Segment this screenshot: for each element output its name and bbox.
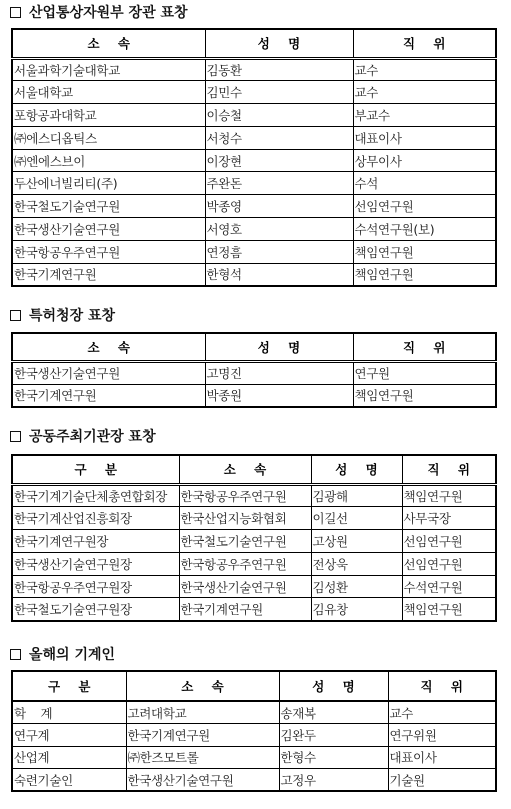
cell-position: 수석 xyxy=(353,172,496,195)
cell-name: 박종원 xyxy=(205,384,353,407)
checkbox-square-icon xyxy=(10,7,21,18)
cell-affiliation: 한국생산기술연구원 xyxy=(179,575,311,598)
cell-category: 학 계 xyxy=(12,701,126,724)
header-affiliation: 소 속 xyxy=(179,455,311,484)
cell-name: 이장현 xyxy=(205,149,353,172)
header-affiliation: 소 속 xyxy=(12,29,205,58)
table-row: 한국기계연구원장한국철도기술연구원고상원선임연구원 xyxy=(12,530,496,553)
cell-category: 한국기계연구원장 xyxy=(12,530,179,553)
cell-affiliation: 한국항공우주연구원 xyxy=(12,240,205,263)
header-name: 성 명 xyxy=(205,333,353,361)
header-affiliation: 소 속 xyxy=(12,333,205,361)
cell-category: 한국기계산업진흥회장 xyxy=(12,507,179,530)
header-name: 성 명 xyxy=(205,29,353,58)
cell-name: 전상욱 xyxy=(311,552,402,575)
cell-name: 김광해 xyxy=(311,484,402,507)
table-row: 한국철도기술연구원장한국기계연구원김유창책임연구원 xyxy=(12,598,496,621)
table-row: 한국생산기술연구원장한국항공우주연구원전상욱선임연구원 xyxy=(12,552,496,575)
cell-position: 연구원 xyxy=(353,361,496,384)
section-heading-mechanical-person-of-year: 올해의 기계인 xyxy=(10,645,115,665)
cell-name: 송재복 xyxy=(279,701,388,724)
cell-position: 수석연구원 xyxy=(402,575,496,598)
cell-affiliation: 고려대학교 xyxy=(126,701,279,724)
header-affiliation: 소 속 xyxy=(126,671,279,701)
cell-name: 주완돈 xyxy=(205,172,353,195)
cell-name: 김유창 xyxy=(311,598,402,621)
cell-affiliation: 한국철도기술연구원 xyxy=(12,195,205,218)
table-row: 한국철도기술연구원박종영선임연구원 xyxy=(12,195,496,218)
cell-name: 서영호 xyxy=(205,218,353,241)
cell-name: 한형수 xyxy=(279,746,388,769)
cell-name: 이승철 xyxy=(205,104,353,127)
cell-affiliation: 한국생산기술연구원 xyxy=(126,769,279,792)
table-row: 서울과학기술대학교김동환교수 xyxy=(12,58,496,81)
cell-position: 책임연구원 xyxy=(353,384,496,407)
cell-name: 서청수 xyxy=(205,126,353,149)
header-position: 직 위 xyxy=(353,29,496,58)
cell-name: 고정우 xyxy=(279,769,388,792)
cell-affiliation: ㈜한즈모트롤 xyxy=(126,746,279,769)
cell-affiliation: 한국항공우주연구원 xyxy=(179,552,311,575)
table-row: 산업계㈜한즈모트롤한형수대표이사 xyxy=(12,746,496,769)
cell-affiliation: 한국기계연구원 xyxy=(12,263,205,286)
cell-affiliation: 한국기계연구원 xyxy=(179,598,311,621)
cell-name: 연정흠 xyxy=(205,240,353,263)
table-row: ㈜에스디옵틱스서청수대표이사 xyxy=(12,126,496,149)
cell-position: 상무이사 xyxy=(353,149,496,172)
cell-position: 사무국장 xyxy=(402,507,496,530)
header-name: 성 명 xyxy=(311,455,402,484)
cell-position: 대표이사 xyxy=(353,126,496,149)
cell-position: 대표이사 xyxy=(388,746,496,769)
cell-position: 책임연구원 xyxy=(353,240,496,263)
cell-position: 교수 xyxy=(353,81,496,104)
header-name: 성 명 xyxy=(279,671,388,701)
table-row: 한국기계기술단체총연합회장한국항공우주연구원김광해책임연구원 xyxy=(12,484,496,507)
cell-position: 수석연구원(보) xyxy=(353,218,496,241)
cell-name: 고명진 xyxy=(205,361,353,384)
cell-position: 선임연구원 xyxy=(402,552,496,575)
cell-category: 한국항공우주연구원장 xyxy=(12,575,179,598)
section-heading-patent-award: 특허청장 표창 xyxy=(10,306,115,326)
cell-position: 선임연구원 xyxy=(353,195,496,218)
cell-category: 연구계 xyxy=(12,724,126,747)
cell-category: 한국기계기술단체총연합회장 xyxy=(12,484,179,507)
cell-name: 이길선 xyxy=(311,507,402,530)
cell-affiliation: 서울대학교 xyxy=(12,81,205,104)
cell-name: 박종영 xyxy=(205,195,353,218)
table-row: ㈜엔에스브이이장현상무이사 xyxy=(12,149,496,172)
table-row: 두산에너빌리티(주)주완돈수석 xyxy=(12,172,496,195)
table-row: 한국항공우주연구원장한국생산기술연구원김성환수석연구원 xyxy=(12,575,496,598)
header-category: 구 분 xyxy=(12,455,179,484)
cell-affiliation: ㈜에스디옵틱스 xyxy=(12,126,205,149)
cell-affiliation: 한국생산기술연구원 xyxy=(12,218,205,241)
cell-name: 김완두 xyxy=(279,724,388,747)
cell-name: 고상원 xyxy=(311,530,402,553)
cell-affiliation: 한국기계연구원 xyxy=(126,724,279,747)
table-row: 한국항공우주연구원연정흠책임연구원 xyxy=(12,240,496,263)
section-title: 특허청장 표창 xyxy=(29,308,115,324)
mechanical-person-of-year-table: 구 분 소 속 성 명 직 위 학 계고려대학교송재복교수 연구계한국기계연구원… xyxy=(11,670,497,792)
cell-position: 교수 xyxy=(388,701,496,724)
cell-position: 책임연구원 xyxy=(402,598,496,621)
cell-category: 한국생산기술연구원장 xyxy=(12,552,179,575)
cell-affiliation: 한국기계연구원 xyxy=(12,384,205,407)
section-title: 공동주최기관장 표창 xyxy=(29,429,156,445)
table-row: 한국기계산업진흥회장한국산업지능화협회이길선사무국장 xyxy=(12,507,496,530)
minister-award-table: 소 속 성 명 직 위 서울과학기술대학교김동환교수 서울대학교김민수교수 포항… xyxy=(11,28,497,287)
section-heading-minister-award: 산업통상자원부 장관 표창 xyxy=(10,3,188,23)
cell-category: 산업계 xyxy=(12,746,126,769)
cell-name: 김동환 xyxy=(205,58,353,81)
co-host-award-table: 구 분 소 속 성 명 직 위 한국기계기술단체총연합회장한국항공우주연구원김광… xyxy=(11,454,497,622)
table-row: 숙련기술인한국생산기술연구원고정우기술원 xyxy=(12,769,496,792)
cell-name: 한형석 xyxy=(205,263,353,286)
cell-affiliation: 포항공과대학교 xyxy=(12,104,205,127)
cell-affiliation: 한국생산기술연구원 xyxy=(12,361,205,384)
table-row: 연구계한국기계연구원김완두연구위원 xyxy=(12,724,496,747)
cell-name: 김민수 xyxy=(205,81,353,104)
table-row: 한국기계연구원박종원책임연구원 xyxy=(12,384,496,407)
section-title: 산업통상자원부 장관 표창 xyxy=(29,5,188,21)
table-row: 한국생산기술연구원서영호수석연구원(보) xyxy=(12,218,496,241)
table-row: 한국기계연구원한형석책임연구원 xyxy=(12,263,496,286)
cell-position: 선임연구원 xyxy=(402,530,496,553)
table-row: 한국생산기술연구원고명진연구원 xyxy=(12,361,496,384)
cell-position: 책임연구원 xyxy=(353,263,496,286)
cell-affiliation: 한국항공우주연구원 xyxy=(179,484,311,507)
section-title: 올해의 기계인 xyxy=(29,647,115,663)
checkbox-square-icon xyxy=(10,310,21,321)
table-row: 학 계고려대학교송재복교수 xyxy=(12,701,496,724)
patent-award-table: 소 속 성 명 직 위 한국생산기술연구원고명진연구원 한국기계연구원박종원책임… xyxy=(11,332,497,408)
header-position: 직 위 xyxy=(388,671,496,701)
header-position: 직 위 xyxy=(353,333,496,361)
cell-position: 교수 xyxy=(353,58,496,81)
cell-affiliation: 두산에너빌리티(주) xyxy=(12,172,205,195)
cell-affiliation: 한국철도기술연구원 xyxy=(179,530,311,553)
cell-affiliation: ㈜엔에스브이 xyxy=(12,149,205,172)
cell-category: 숙련기술인 xyxy=(12,769,126,792)
cell-affiliation: 서울과학기술대학교 xyxy=(12,58,205,81)
cell-position: 기술원 xyxy=(388,769,496,792)
header-category: 구 분 xyxy=(12,671,126,701)
header-position: 직 위 xyxy=(402,455,496,484)
cell-position: 책임연구원 xyxy=(402,484,496,507)
checkbox-square-icon xyxy=(10,431,21,442)
cell-affiliation: 한국산업지능화협회 xyxy=(179,507,311,530)
cell-position: 연구위원 xyxy=(388,724,496,747)
table-row: 서울대학교김민수교수 xyxy=(12,81,496,104)
cell-category: 한국철도기술연구원장 xyxy=(12,598,179,621)
cell-name: 김성환 xyxy=(311,575,402,598)
table-row: 포항공과대학교이승철부교수 xyxy=(12,104,496,127)
checkbox-square-icon xyxy=(10,649,21,660)
cell-position: 부교수 xyxy=(353,104,496,127)
section-heading-co-host-award: 공동주최기관장 표창 xyxy=(10,427,156,447)
